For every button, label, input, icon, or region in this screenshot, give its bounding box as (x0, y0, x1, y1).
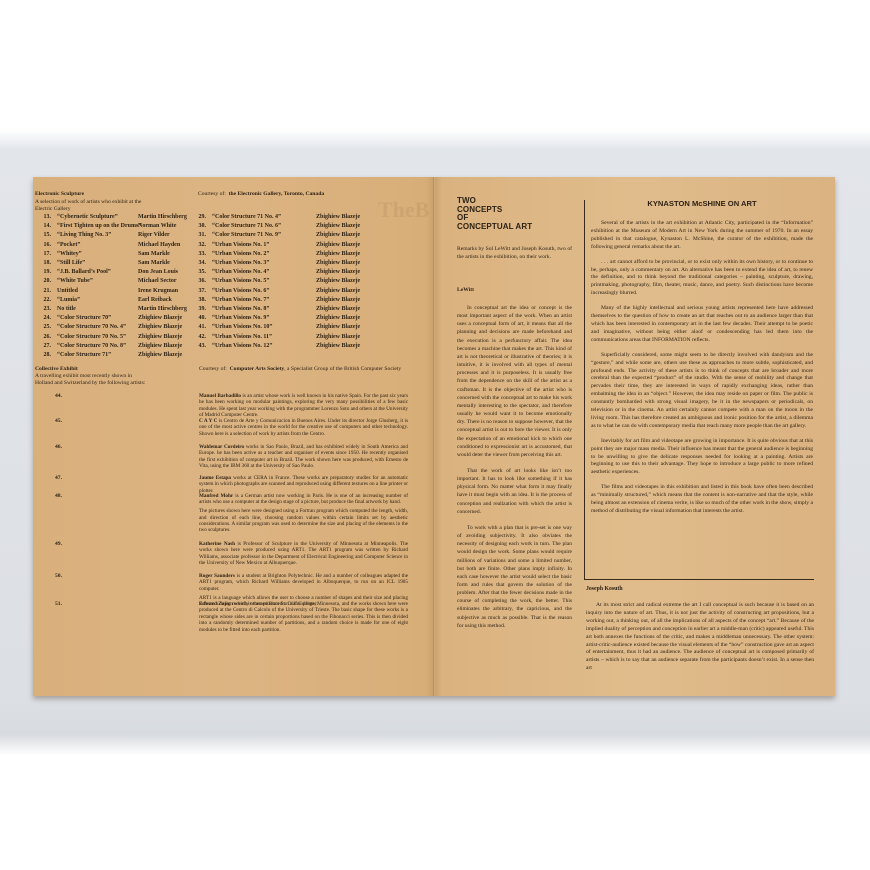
entry-paragraph: Manfred Mohr is a German artist now work… (199, 493, 408, 506)
mcshine-paragraph: Many of the highly intellectual and seri… (591, 305, 813, 345)
work-list-item: 43.“Urban Visions No. 12”Zbighiew Blazej… (188, 342, 408, 351)
box-bottom-rule (584, 579, 814, 580)
work-artist: Zbighiew Blazeje (316, 323, 360, 332)
work-artist: Norman White (138, 222, 176, 231)
work-artist: Riger Vilder (138, 231, 170, 240)
work-title: “Cybernetic Sculpture” (57, 213, 118, 222)
work-title: “Color Structure 70 No. 5” (57, 333, 126, 342)
work-artist: Zbighiew Blazeje (316, 259, 360, 268)
work-number: 38. (188, 296, 206, 305)
work-artist: Zbighiew Blazeje (316, 277, 360, 286)
work-number: 35. (188, 268, 206, 277)
work-list-item: 33.“Urban Visions No. 2”Zbighiew Blazeje (188, 250, 408, 259)
work-list-item: 41.“Urban Visions No. 10”Zbighiew Blazej… (188, 323, 408, 332)
work-title: “Color Structure 70 No. 4” (57, 323, 126, 332)
artist-name: Roger Saunders (199, 573, 235, 579)
work-list-item: 31.“Color Structure 71 No. 9”Zbighiew Bl… (188, 231, 408, 240)
work-artist: Zbighiew Blazeje (138, 333, 182, 342)
lewitt-paragraph: That the work of art looks like isn’t to… (457, 467, 572, 516)
work-title: “Urban Visions No. 3” (212, 259, 269, 268)
lewitt-subhead: LeWitt (457, 287, 474, 293)
work-title: “Urban Visions No. 4” (212, 268, 269, 277)
work-list-item: 35.“Urban Visions No. 4”Zbighiew Blazeje (188, 268, 408, 277)
kosuth-subhead: Joseph Kosuth (586, 586, 623, 592)
work-number: 39. (188, 305, 206, 314)
work-number: 15. (33, 231, 51, 240)
work-number: 18. (33, 259, 51, 268)
work-artist: Michael Sector (138, 277, 176, 286)
work-title: “Color Structure 71 No. 9” (212, 231, 281, 240)
work-artist: Zbighiew Blazeje (316, 287, 360, 296)
entry-number: 50. (55, 573, 62, 580)
work-list-item: 29.“Color Structure 71 No. 4”Zbighiew Bl… (188, 213, 408, 222)
work-title: “Urban Visions No. 11” (212, 333, 272, 342)
work-artist: Zbighiew Blazeje (138, 314, 182, 323)
article-title: TWO CONCEPTS OF CONCEPTUAL ART (457, 197, 532, 231)
entry-number: 46. (55, 444, 62, 451)
work-list-item: 28.“Color Structure 71”Zbighiew Blazeje (33, 351, 233, 360)
work-artist: Zbighiew Blazeje (316, 231, 360, 240)
work-number: 30. (188, 222, 206, 231)
work-artist: Zbighiew Blazeje (316, 241, 360, 250)
work-list-item: 30.“Color Structure 71 No. 6”Zbighiew Bl… (188, 222, 408, 231)
work-title: “Urban Visions No. 2” (212, 250, 269, 259)
work-artist: Martin Hirschberg (138, 305, 187, 314)
work-number: 25. (33, 323, 51, 332)
work-title: “J.B. Ballard’s Pool” (57, 268, 111, 277)
work-number: 23. (33, 305, 51, 314)
title-line: CONCEPTS (457, 206, 532, 215)
mcshine-paragraph: The films and videotapes in this exhibit… (591, 484, 813, 516)
work-title: “White Tube” (57, 277, 93, 286)
mcshine-quote: . . . art cannot afford to be provincial… (591, 259, 813, 299)
work-artist: Don Jean Louis (138, 268, 178, 277)
work-artist: Michael Hayden (138, 241, 180, 250)
work-number: 28. (33, 351, 51, 360)
work-title: “Pocket” (57, 241, 80, 250)
work-artist: Zbighiew Blazeje (316, 213, 360, 222)
work-artist: Zbighiew Blazeje (316, 305, 360, 314)
work-list-item: 32.“Urban Visions No. 1”Zbighiew Blazeje (188, 241, 408, 250)
work-title: “Urban Visions No. 10” (212, 323, 272, 332)
mcshine-title: KYNASTON McSHINE ON ART (593, 199, 811, 208)
entry-paragraph: C A Y C is Centro de Arte y Comunicacion… (199, 418, 408, 437)
courtesy-source: the Electronic Gallery, Toronto, Canada (229, 191, 325, 197)
work-artist: Zbighiew Blazeje (138, 342, 182, 351)
work-artist: Sam Markle (138, 250, 170, 259)
work-title: “Urban Visions No. 12” (212, 342, 272, 351)
work-title: “Still Life” (57, 259, 85, 268)
work-number: 24. (33, 314, 51, 323)
work-title: “Urban Visions No. 8” (212, 305, 269, 314)
courtesy-source: Computer Arts Society (230, 366, 285, 372)
work-number: 14. (33, 222, 51, 231)
entry-number: 45. (55, 418, 62, 425)
work-number: 19. (33, 268, 51, 277)
entry-paragraph: Waldemar Cordeiro works in Sao Paulo, Br… (199, 444, 408, 470)
work-number: 42. (188, 333, 206, 342)
work-number: 32. (188, 241, 206, 250)
work-title: “Color Structure 71 No. 6” (212, 222, 281, 231)
courtesy-label: Courtesy of: (198, 191, 226, 197)
work-number: 31. (188, 231, 206, 240)
entry-paragraph-extra: The pictures shown here were designed us… (199, 508, 408, 534)
work-title: “Urban Visions No. 5” (212, 277, 269, 286)
work-list-item: 36.“Urban Visions No. 5”Zbighiew Blazeje (188, 277, 408, 286)
work-title: “Color Structure 71” (57, 351, 111, 360)
work-number: 40. (188, 314, 206, 323)
electronic-sculpture-courtesy: Courtesy of: the Electronic Gallery, Tor… (198, 191, 324, 198)
work-list-item: 39.“Urban Visions No. 8”Zbighiew Blazeje (188, 305, 408, 314)
entry-number: 49. (55, 541, 62, 548)
work-title: “Urban Visions No. 6” (212, 287, 269, 296)
entry-paragraph: Manuel Barbadillo is an artist whose wor… (199, 393, 408, 419)
work-artist: Martin Hirschberg (138, 213, 187, 222)
work-title: “Whitey” (57, 250, 82, 259)
lewitt-text: In conceptual art the idea or concept is… (457, 304, 572, 630)
booklet-spread: TheB Electronic Sculpture A selection of… (33, 177, 835, 696)
work-title: “Color Structure 70” (57, 314, 111, 323)
work-list-item: 37.“Urban Visions No. 6”Zbighiew Blazeje (188, 287, 408, 296)
work-title: “Color Structure 70 No. 8” (57, 342, 126, 351)
work-title: “First Tighten up on the Drums” (57, 222, 141, 231)
lewitt-paragraph: To work with a plan that is pre-set is o… (457, 524, 572, 630)
work-title: “Living Thing No. 3” (57, 231, 111, 240)
work-title: “Urban Visions No. 9” (212, 314, 269, 323)
work-number: 17. (33, 250, 51, 259)
electronic-sculpture-description: A selection of work of artists who exhib… (35, 199, 147, 213)
artist-entry: Edward Zajec recently returned from St. … (199, 601, 408, 635)
artist-entry: Manfred Mohr is a German artist now work… (199, 493, 408, 536)
artist-entry: Waldemar Cordeiro works in Sao Paulo, Br… (199, 444, 408, 472)
work-artist: Zbighiew Blazeje (316, 333, 360, 342)
work-title: Untitled (57, 287, 78, 296)
box-left-rule (584, 200, 585, 580)
work-list-item: 34.“Urban Visions No. 3”Zbighiew Blazeje (188, 259, 408, 268)
work-artist: Irene Krugman (138, 287, 178, 296)
entry-number: 47. (55, 475, 62, 482)
collective-exhibit-title: Collective Exhibit (35, 366, 78, 373)
artist-bio: works at CERA in France. These works are… (199, 475, 408, 494)
kosuth-text: At its most strict and radical extreme t… (586, 602, 814, 680)
work-list-item: 40.“Urban Visions No. 9”Zbighiew Blazeje (188, 314, 408, 323)
artist-bio: recently returned from St. Olaf College,… (199, 601, 408, 633)
work-number: 26. (33, 333, 51, 342)
work-number: 34. (188, 259, 206, 268)
work-title: “Urban Visions No. 1” (212, 241, 269, 250)
collective-exhibit-description: A travelling exhibit most recently shown… (35, 373, 147, 387)
work-number: 20. (33, 277, 51, 286)
artist-name: Katherine Nash (199, 541, 235, 547)
work-artist: Earl Reiback (138, 296, 172, 305)
title-line: CONCEPTUAL ART (457, 223, 532, 232)
work-artist: Zbighiew Blazeje (316, 222, 360, 231)
work-artist: Sam Markle (138, 259, 170, 268)
entry-number: 48. (55, 493, 62, 500)
work-artist: Zbighiew Blazeje (138, 351, 182, 360)
entry-paragraph: Jaume Estapa works at CERA in France. Th… (199, 475, 408, 494)
work-number: 13. (33, 213, 51, 222)
work-number: 43. (188, 342, 206, 351)
work-artist: Zbighiew Blazeje (138, 323, 182, 332)
artist-entry: Katherine Nash is Professor of Sculpture… (199, 541, 408, 569)
work-number: 37. (188, 287, 206, 296)
courtesy-label: Courtesy of: (199, 366, 227, 372)
work-artist: Zbighiew Blazeje (316, 296, 360, 305)
work-artist: Zbighiew Blazeje (316, 268, 360, 277)
center-fold (433, 177, 435, 696)
work-number: 22. (33, 296, 51, 305)
work-number: 27. (33, 342, 51, 351)
work-number: 33. (188, 250, 206, 259)
kosuth-paragraph: At its most strict and radical extreme t… (586, 602, 814, 673)
work-number: 16. (33, 241, 51, 250)
courtesy-rest: , a Specialist Group of the British Comp… (284, 366, 401, 372)
entry-number: 51. (55, 601, 62, 608)
mcshine-text: Several of the artists in the art exhibi… (591, 220, 813, 523)
entry-paragraph: Roger Saunders is a student at Brighton … (199, 573, 408, 592)
lewitt-paragraph: In conceptual art the idea or concept is… (457, 304, 572, 459)
mcshine-paragraph: Inevitably for art film and videotape ar… (591, 438, 813, 478)
work-title: “Color Structure 71 No. 4” (212, 213, 281, 222)
entry-number: 44. (55, 393, 62, 400)
mcshine-paragraph: Superficially considered, some might see… (591, 352, 813, 431)
artist-entry: C A Y C is Centro de Arte y Comunicacion… (199, 418, 408, 440)
work-number: 36. (188, 277, 206, 286)
work-title: No title (57, 305, 76, 314)
work-list-item: 38.“Urban Visions No. 7”Zbighiew Blazeje (188, 296, 408, 305)
collective-exhibit-courtesy: Courtesy of: Computer Arts Society, a Sp… (199, 366, 404, 373)
work-number: 29. (188, 213, 206, 222)
entry-paragraph: Edward Zajec recently returned from St. … (199, 601, 408, 633)
work-artist: Zbighiew Blazeje (316, 250, 360, 259)
artist-bio: is Centro de Arte y Comunicacion in Buen… (199, 418, 408, 437)
entry-paragraph: Katherine Nash is Professor of Sculpture… (199, 541, 408, 567)
work-title: “Lumia” (57, 296, 80, 305)
work-artist: Zbighiew Blazeje (316, 314, 360, 323)
work-list-item: 42.“Urban Visions No. 11”Zbighiew Blazej… (188, 333, 408, 342)
work-artist: Zbighiew Blazeje (316, 342, 360, 351)
electronic-sculpture-title: Electronic Sculpture (35, 191, 84, 198)
mcshine-paragraph: Several of the artists in the art exhibi… (591, 220, 813, 252)
work-number: 41. (188, 323, 206, 332)
artist-entry: Manuel Barbadillo is an artist whose wor… (199, 393, 408, 421)
work-number: 21. (33, 287, 51, 296)
article-intro: Remarks by Sol LeWitt and Joseph Kosuth,… (457, 245, 572, 261)
work-title: “Urban Visions No. 7” (212, 296, 269, 305)
